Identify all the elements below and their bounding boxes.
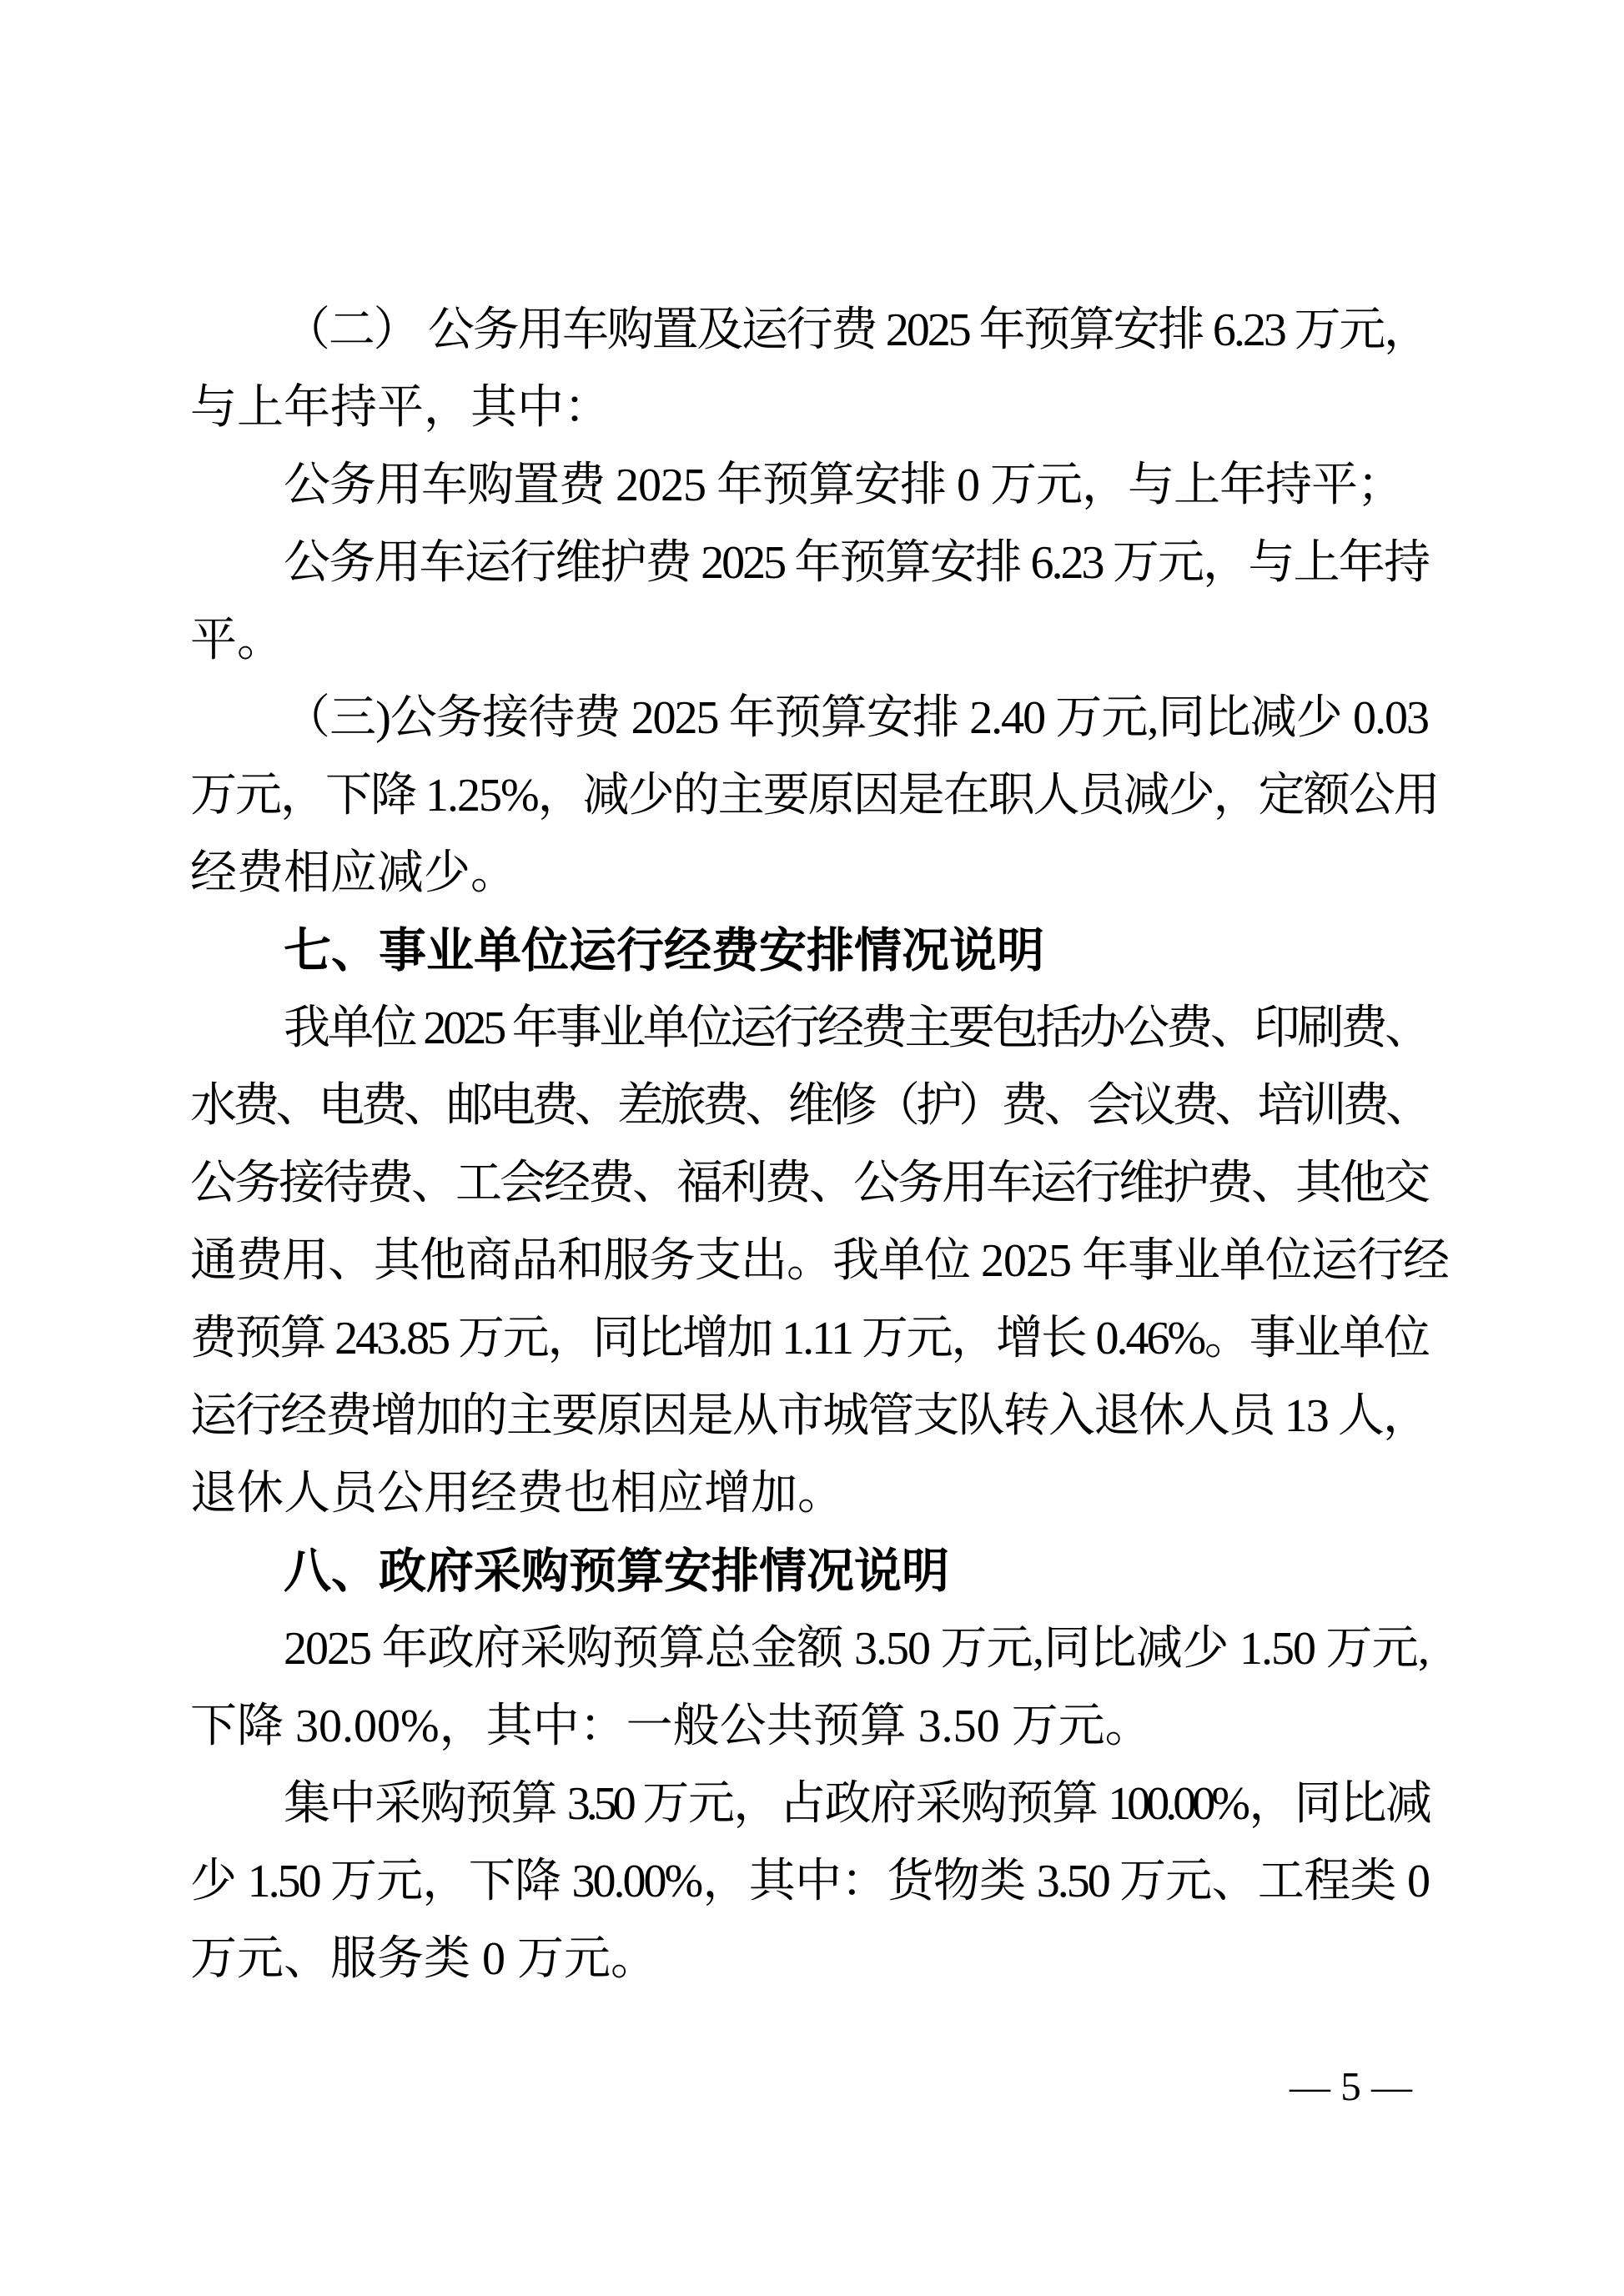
page-number: — 5 — [1290,2063,1412,2109]
body-line: 2025 年政府采购预算总金额 3.50 万元,同比减少 1.50 万元, [190,1610,1428,1688]
paragraph-vehicle-maintenance: 公务用车运行维护费 2025 年预算安排 6.23 万元，与上年持 平。 [190,525,1428,680]
body-line: 公务接待费、工会经费、福利费、公务用车运行维护费、其他交 [190,1145,1428,1223]
paragraph-official-reception: （三)公务接待费 2025 年预算安排 2.40 万元,同比减少 0.03 万元… [190,680,1428,912]
document-body: （二） 公务用车购置及运行费 2025 年预算安排 6.23 万元， 与上年持平… [190,292,1428,1998]
body-line: （二） 公务用车购置及运行费 2025 年预算安排 6.23 万元， [190,292,1428,369]
section-heading-7: 七、事业单位运行经费安排情况说明 [190,912,1428,990]
body-line: 集中采购预算 3.50 万元，占政府采购预算 100.00%，同比减 [190,1766,1428,1843]
body-line: 水费、电费、邮电费、差旅费、维修（护）费、会议费、培训费、 [190,1068,1428,1145]
body-line: 我单位 2025 年事业单位运行经费主要包括办公费、印刷费、 [190,990,1428,1068]
page-footer: — 5 — [1290,2053,1412,2120]
body-line: 公务用车运行维护费 2025 年预算安排 6.23 万元，与上年持 [190,525,1428,602]
body-line: 公务用车购置费 2025 年预算安排 0 万元，与上年持平； [190,447,1428,525]
body-line: 平。 [190,602,1428,680]
body-line: 通费用、其他商品和服务支出。我单位 2025 年事业单位运行经 [190,1223,1428,1300]
paragraph-official-vehicle-total: （二） 公务用车购置及运行费 2025 年预算安排 6.23 万元， 与上年持平… [190,292,1428,447]
body-line: 费预算 243.85 万元，同比增加 1.11 万元，增长 0.46%。事业单位 [190,1300,1428,1378]
paragraph-procurement-total: 2025 年政府采购预算总金额 3.50 万元,同比减少 1.50 万元, 下降… [190,1610,1428,1766]
body-line: （三)公务接待费 2025 年预算安排 2.40 万元,同比减少 0.03 [190,680,1428,757]
document-page: { "page": { "background_color": "#ffffff… [0,0,1624,2296]
section-heading-8: 八、政府采购预算安排情况说明 [190,1533,1428,1610]
paragraph-vehicle-purchase: 公务用车购置费 2025 年预算安排 0 万元，与上年持平； [190,447,1428,525]
heading-line: 七、事业单位运行经费安排情况说明 [190,912,1428,990]
body-line: 万元，下降 1.25%，减少的主要原因是在职人员减少，定额公用 [190,757,1428,835]
body-line: 退休人员公用经费也相应增加。 [190,1455,1428,1533]
body-line: 运行经费增加的主要原因是从市城管支队转入退休人员 13 人， [190,1378,1428,1455]
paragraph-centralized-procurement: 集中采购预算 3.50 万元，占政府采购预算 100.00%，同比减 少 1.5… [190,1766,1428,1998]
body-line: 与上年持平，其中： [190,369,1428,447]
body-line: 下降 30.00%，其中：一般公共预算 3.50 万元。 [190,1688,1428,1766]
body-line: 经费相应减少。 [190,835,1428,912]
body-line: 万元、服务类 0 万元。 [190,1921,1428,1998]
paragraph-operating-expenses: 我单位 2025 年事业单位运行经费主要包括办公费、印刷费、 水费、电费、邮电费… [190,990,1428,1533]
body-line: 少 1.50 万元，下降 30.00%，其中：货物类 3.50 万元、工程类 0 [190,1843,1428,1921]
heading-line: 八、政府采购预算安排情况说明 [190,1533,1428,1610]
